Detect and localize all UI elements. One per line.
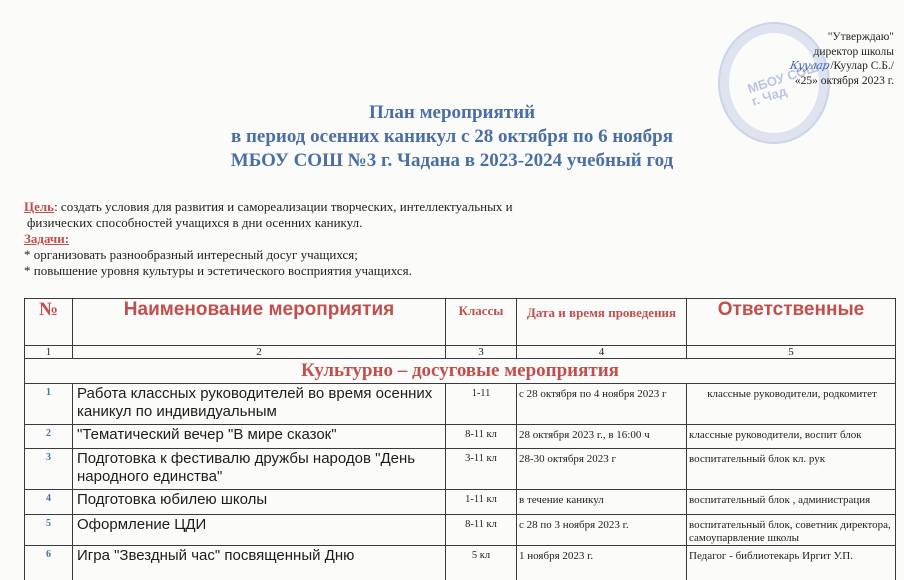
- event-date: 28-30 октября 2023 г: [517, 449, 687, 490]
- event-classes: 1-11 кл: [446, 490, 517, 515]
- event-responsible: воспитательный блок , администрация: [687, 490, 896, 515]
- section-title: Культурно – досуговые мероприятия: [25, 359, 896, 384]
- event-responsible: классные руководители, воспит блок: [687, 425, 896, 449]
- approval-date: «25» октября 2023 г.: [790, 74, 894, 89]
- event-date: в течение каникул: [517, 490, 687, 515]
- header-event-name: Наименование мероприятия: [73, 299, 446, 346]
- header-number: №: [25, 299, 73, 346]
- row-number: 5: [25, 515, 73, 546]
- event-date: 28 октября 2023 г., в 16:00 ч: [517, 425, 687, 449]
- approval-name: /Куулар С.Б./: [830, 60, 894, 72]
- section-row: Культурно – досуговые мероприятия: [25, 359, 896, 384]
- approval-position: директор школы: [790, 45, 894, 60]
- column-index: 4: [517, 346, 687, 359]
- table-row: 1 Работа классных руководителей во время…: [25, 384, 896, 425]
- approval-block: "Утверждаю" директор школы Куулар/Куулар…: [790, 30, 894, 88]
- column-index: 1: [25, 346, 73, 359]
- event-name: Подготовка к фестивалю дружбы народов "Д…: [73, 449, 446, 490]
- title-line-2: в период осенних каникул с 28 октября по…: [0, 125, 904, 149]
- table-row: 3 Подготовка к фестивалю дружбы народов …: [25, 449, 896, 490]
- task-item: * повышение уровня культуры и эстетическ…: [24, 263, 513, 279]
- table-row: 4 Подготовка юбилею школы 1-11 кл в тече…: [25, 490, 896, 515]
- event-responsible: воспитательный блок кл. рук: [687, 449, 896, 490]
- goal-line-1: Цель: создать условия для развития и сам…: [24, 199, 513, 215]
- goal-line-2: физических способностей учащихся в дни о…: [24, 215, 513, 231]
- row-number: 4: [25, 490, 73, 515]
- title-line-3: МБОУ СОШ №3 г. Чадана в 2023-2024 учебны…: [0, 149, 904, 173]
- goal-text-1: : создать условия для развития и самореа…: [54, 199, 513, 214]
- event-classes: 1-11: [446, 384, 517, 425]
- event-name: Подготовка юбилею школы: [73, 490, 446, 515]
- event-classes: 5 кл: [446, 546, 517, 580]
- task-item: * организовать разнообразный интересный …: [24, 247, 513, 263]
- event-date: с 28 по 3 ноября 2023 г.: [517, 515, 687, 546]
- event-date: 1 ноября 2023 г.: [517, 546, 687, 580]
- column-index: 2: [73, 346, 446, 359]
- table-row: 6 Игра "Звездный час" посвященный Дню 5 …: [25, 546, 896, 580]
- signature: Куулар: [789, 59, 830, 74]
- goal-label: Цель: [24, 199, 54, 214]
- goals-section: Цель: создать условия для развития и сам…: [24, 199, 513, 279]
- header-date-time: Дата и время проведения: [517, 299, 687, 346]
- event-classes: 8-11 кл: [446, 515, 517, 546]
- header-classes: Классы: [446, 299, 517, 346]
- header-responsible: Ответственные: [687, 299, 896, 346]
- event-name: Оформление ЦДИ: [73, 515, 446, 546]
- row-number: 3: [25, 449, 73, 490]
- event-classes: 8-11 кл: [446, 425, 517, 449]
- event-name: Работа классных руководителей во время о…: [73, 384, 446, 425]
- event-responsible: классные руководители, родкомитет: [687, 384, 896, 425]
- title-line-1: План мероприятий: [0, 101, 904, 125]
- table-row: 5 Оформление ЦДИ 8-11 кл с 28 по 3 ноябр…: [25, 515, 896, 546]
- column-index-row: 1 2 3 4 5: [25, 346, 896, 359]
- column-index: 5: [687, 346, 896, 359]
- row-number: 2: [25, 425, 73, 449]
- row-number: 6: [25, 546, 73, 580]
- event-name: Игра "Звездный час" посвященный Дню: [73, 546, 446, 580]
- approval-heading: "Утверждаю": [790, 30, 894, 45]
- document-title: План мероприятий в период осенних канику…: [0, 101, 904, 173]
- table-row: 2 "Тематический вечер "В мире сказок" 8-…: [25, 425, 896, 449]
- row-number: 1: [25, 384, 73, 425]
- document-page: МБОУ СОШ г. Чад "Утверждаю" директор шко…: [0, 0, 904, 580]
- event-name: "Тематический вечер "В мире сказок": [73, 425, 446, 449]
- event-date: с 28 октября по 4 ноября 2023 г: [517, 384, 687, 425]
- event-responsible: воспитательный блок, советник директора,…: [687, 515, 896, 546]
- events-table: № Наименование мероприятия Классы Дата и…: [24, 298, 896, 580]
- approval-signer: Куулар/Куулар С.Б./: [790, 59, 894, 74]
- event-classes: 3-11 кл: [446, 449, 517, 490]
- tasks-label: Задачи:: [24, 231, 513, 247]
- column-index: 3: [446, 346, 517, 359]
- event-responsible: Педагог - библиотекарь Иргит У.П.: [687, 546, 896, 580]
- table-header-row: № Наименование мероприятия Классы Дата и…: [25, 299, 896, 346]
